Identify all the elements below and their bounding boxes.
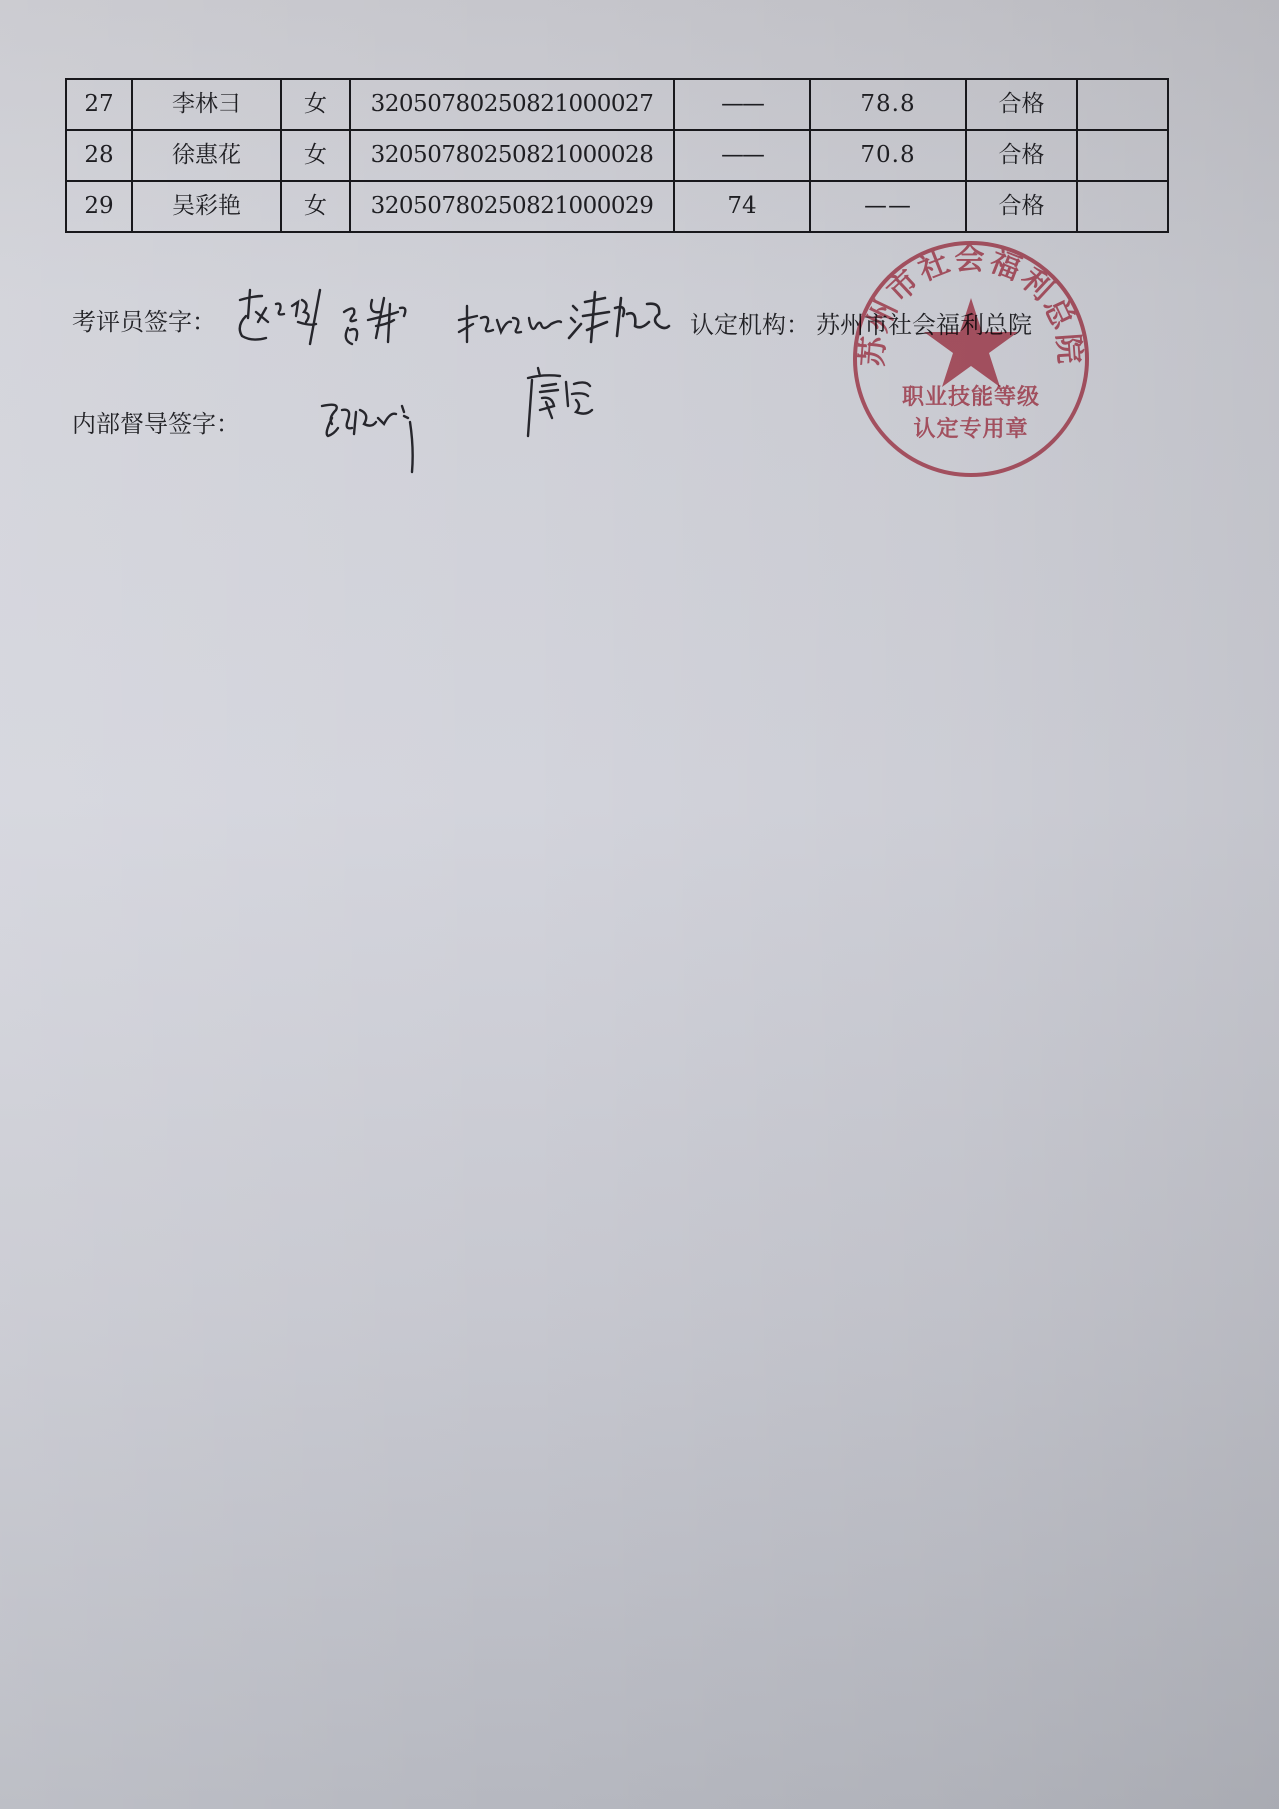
- examiner-signature-2: [338, 290, 438, 360]
- examiner-signature-row: 考评员签字：: [72, 302, 216, 337]
- examiner-signature-label: 考评员签字：: [72, 308, 216, 336]
- table-row: 29吴彩艳女3205078025082100002974——合格: [66, 181, 1168, 232]
- results-table: 27李林彐女32050780250821000027——78.8合格28徐惠花女…: [65, 78, 1169, 233]
- supervisor-signature-row: 内部督导签字：: [72, 404, 240, 439]
- candidate-name-cell: 李林彐: [132, 79, 281, 130]
- candidate-sex-cell: 女: [281, 130, 350, 181]
- skill-score-cell: 70.8: [810, 130, 966, 181]
- supervisor-signature-label: 内部督导签字：: [72, 410, 240, 438]
- skill-score-cell: ——: [810, 181, 966, 232]
- table-row: 28徐惠花女32050780250821000028——70.8合格: [66, 130, 1168, 181]
- theory-score-cell: 74: [674, 181, 810, 232]
- row-number-cell: 29: [66, 181, 132, 232]
- theory-score-cell: ——: [674, 79, 810, 130]
- certificate-id-cell: 32050780250821000029: [350, 181, 674, 232]
- table-row: 27李林彐女32050780250821000027——78.8合格: [66, 79, 1168, 130]
- candidate-name-cell: 徐惠花: [132, 130, 281, 181]
- supervisor-signature: [318, 398, 428, 478]
- examiner-signature-1: [232, 282, 332, 352]
- row-number-cell: 27: [66, 79, 132, 130]
- examiner-signature-3: [455, 298, 565, 358]
- candidate-name-cell: 吴彩艳: [132, 181, 281, 232]
- remarks-cell: [1077, 130, 1168, 181]
- result-cell: 合格: [966, 79, 1077, 130]
- seal-line-1: 职业技能等级: [848, 380, 1094, 411]
- remarks-cell: [1077, 79, 1168, 130]
- theory-score-cell: ——: [674, 130, 810, 181]
- certificate-id-cell: 32050780250821000027: [350, 79, 674, 130]
- seal-line-2: 认定专用章: [848, 412, 1094, 443]
- org-label: 认定机构：: [690, 311, 810, 339]
- result-cell: 合格: [966, 130, 1077, 181]
- result-cell: 合格: [966, 181, 1077, 232]
- candidate-sex-cell: 女: [281, 181, 350, 232]
- remarks-cell: [1077, 181, 1168, 232]
- row-number-cell: 28: [66, 130, 132, 181]
- examiner-signature-5: [520, 362, 600, 442]
- candidate-sex-cell: 女: [281, 79, 350, 130]
- skill-score-cell: 78.8: [810, 79, 966, 130]
- certificate-id-cell: 32050780250821000028: [350, 130, 674, 181]
- examiner-signature-4: [565, 286, 675, 356]
- seal-text: 职业技能等级 认定专用章: [848, 236, 1094, 482]
